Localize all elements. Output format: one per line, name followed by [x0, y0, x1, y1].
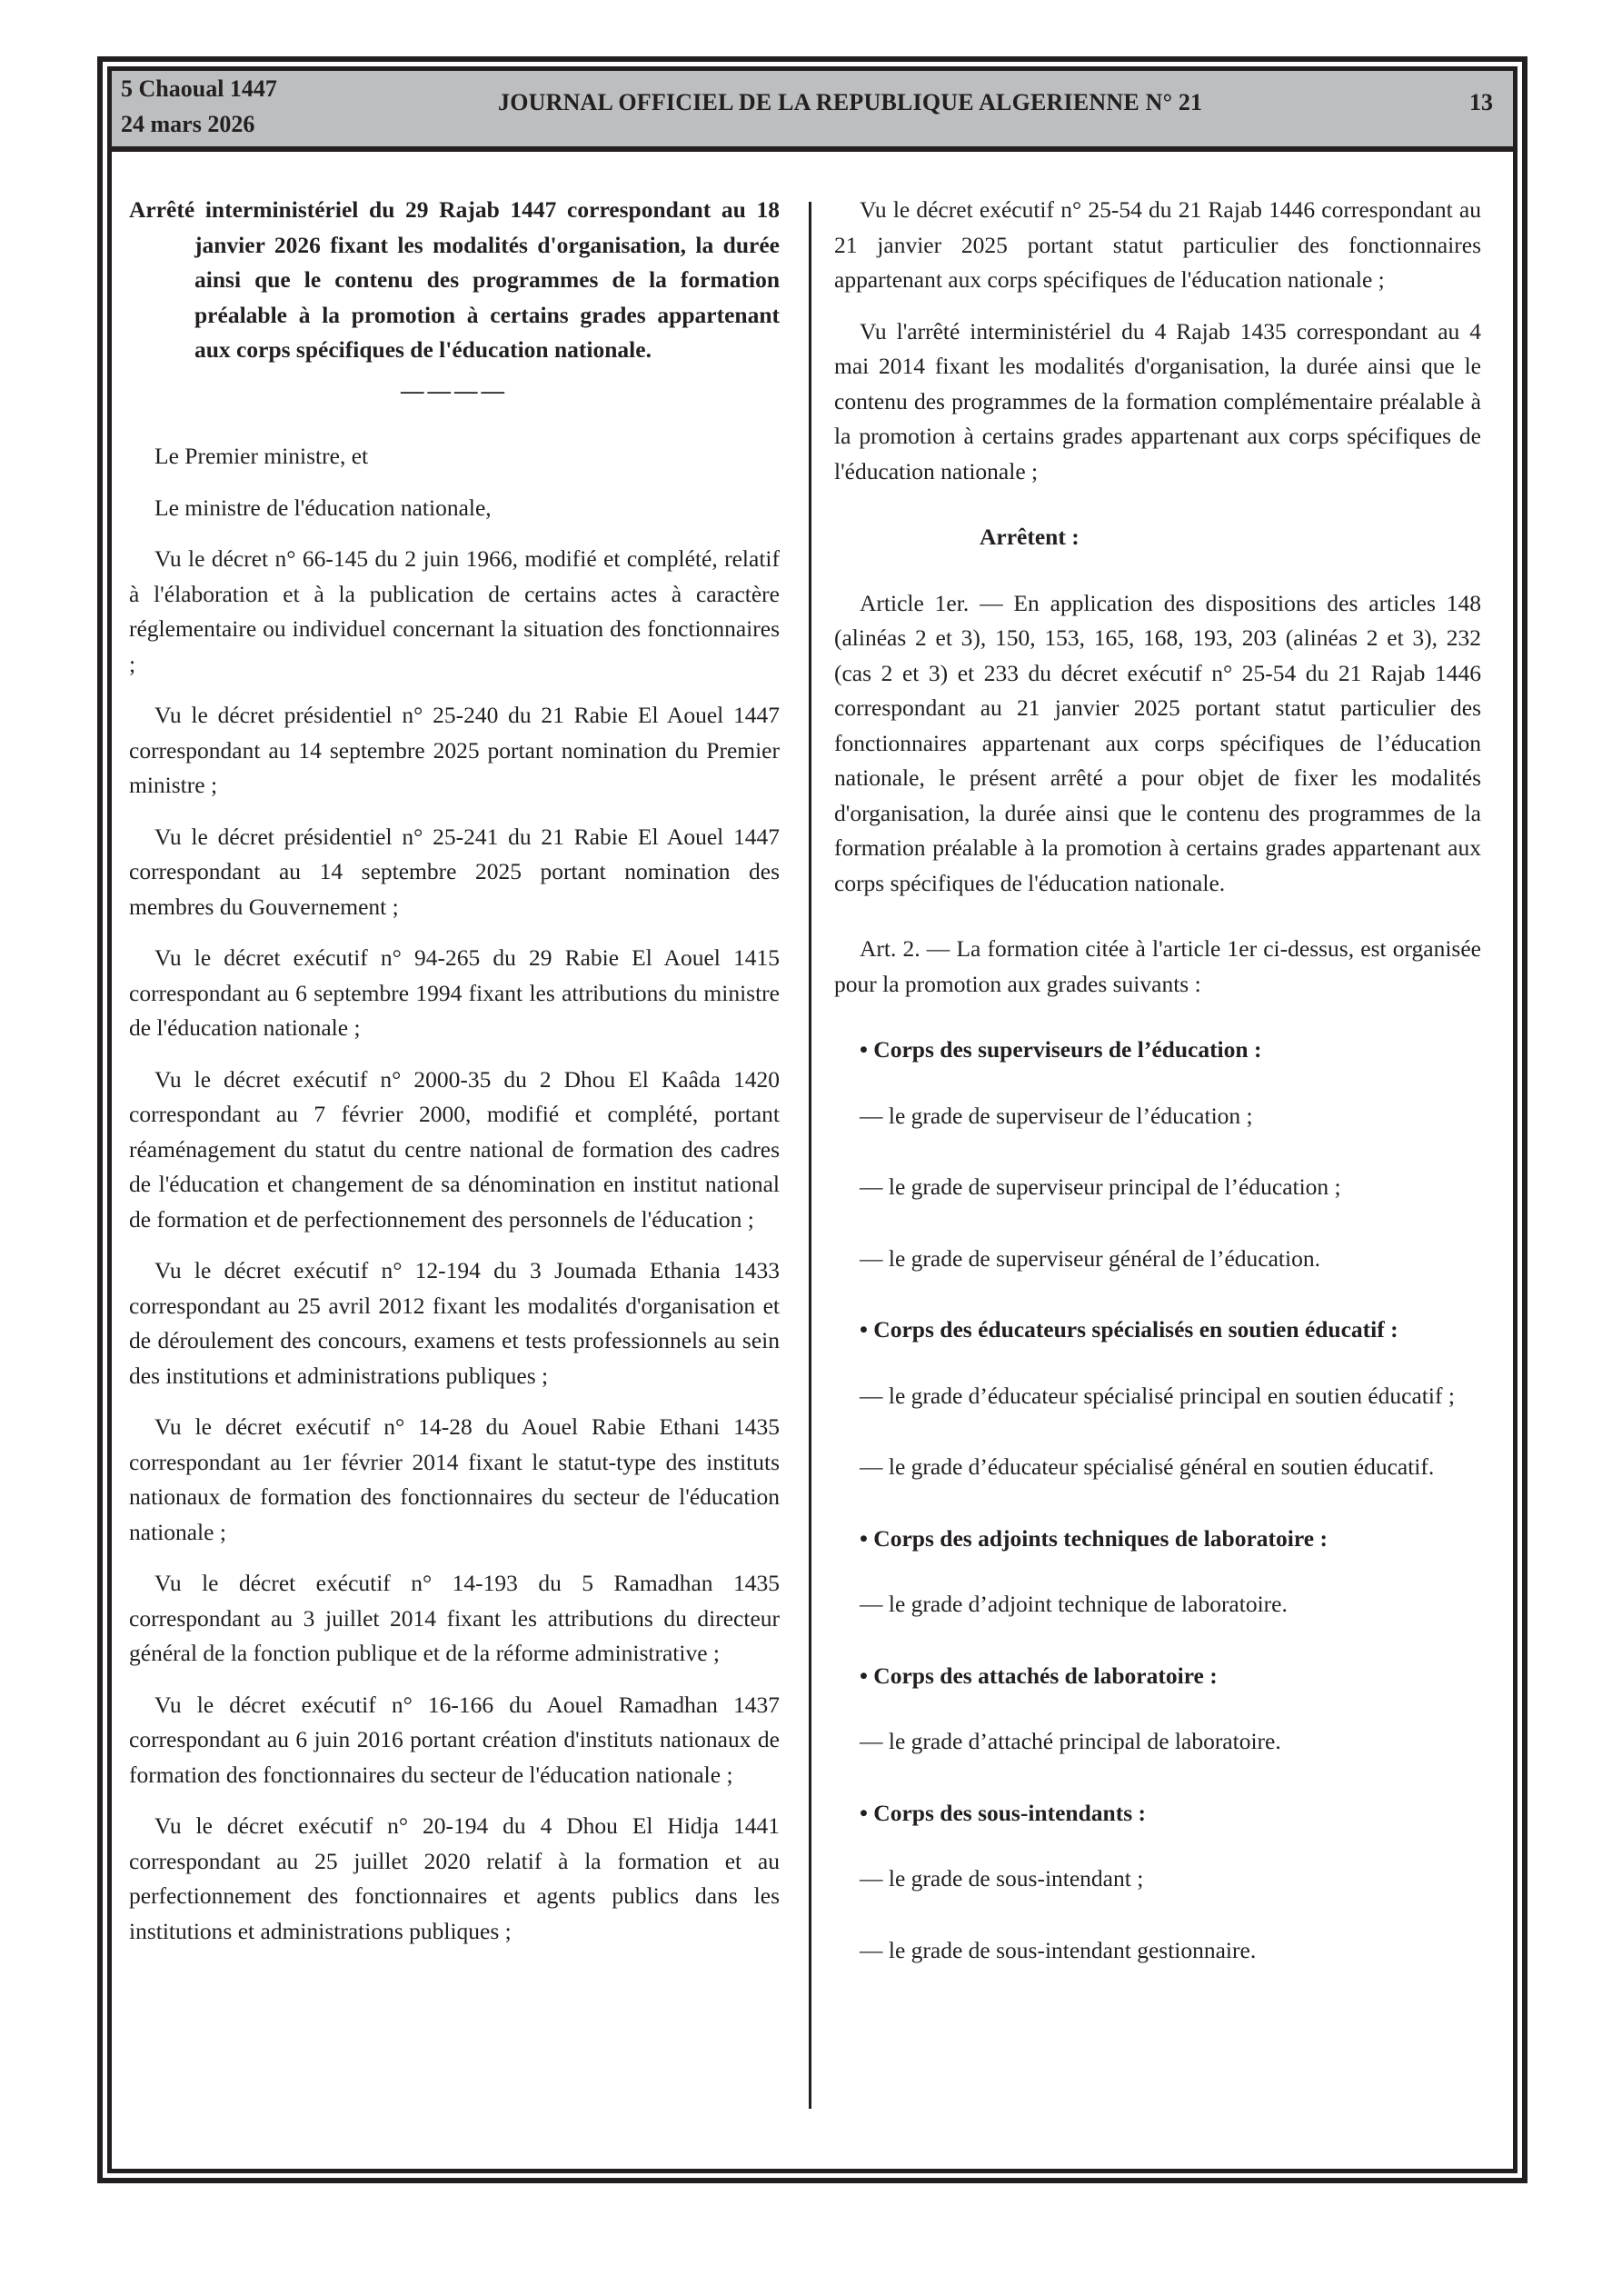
visa-paragraph: Vu le décret exécutif n° 16-166 du Aouel… — [129, 1688, 780, 1793]
grade-item: — le grade de superviseur principal de l… — [834, 1170, 1481, 1205]
corps-heading-attaches: • Corps des attachés de laboratoire : — [834, 1659, 1481, 1694]
visa-paragraph: Vu le décret exécutif n° 94-265 du 29 Ra… — [129, 941, 780, 1046]
grade-item: — le grade de sous-intendant ; — [834, 1862, 1481, 1897]
grade-item: — le grade de sous-intendant gestionnair… — [834, 1933, 1481, 1969]
hijri-date: 5 Chaoual 1447 — [121, 71, 277, 106]
visa-paragraph: Vu le décret n° 66-145 du 2 juin 1966, m… — [129, 542, 780, 682]
visa-paragraph: Vu le décret exécutif n° 25-54 du 21 Raj… — [834, 193, 1481, 298]
arretent-heading: Arrêtent : — [834, 520, 1481, 555]
article-2: Art. 2. — La formation citée à l'article… — [834, 932, 1481, 1002]
act-title: Arrêté interministériel du 29 Rajab 1447… — [129, 193, 780, 368]
corps-heading-educateurs: • Corps des éducateurs spécialisés en so… — [834, 1313, 1481, 1348]
visa-paragraph: Vu le décret présidentiel n° 25-241 du 2… — [129, 820, 780, 925]
corps-heading-sous-intendants: • Corps des sous-intendants : — [834, 1796, 1481, 1832]
visa-paragraph: Vu le décret exécutif n° 2000-35 du 2 Dh… — [129, 1063, 780, 1238]
visa-paragraph: Vu l'arrêté interministériel du 4 Rajab … — [834, 314, 1481, 490]
title-separator: ———— — [129, 374, 780, 409]
right-column: Vu le décret exécutif n° 25-54 du 21 Raj… — [834, 193, 1481, 2004]
grade-item: — le grade d’éducateur spécialisé princi… — [834, 1379, 1481, 1414]
visa-paragraph: Le Premier ministre, et — [129, 439, 780, 474]
visa-paragraph: Le ministre de l'éducation nationale, — [129, 491, 780, 526]
grade-item: — le grade d’éducateur spécialisé généra… — [834, 1450, 1481, 1485]
left-column: Arrêté interministériel du 29 Rajab 1447… — [129, 193, 780, 1965]
grade-item: — le grade d’attaché principal de labora… — [834, 1724, 1481, 1760]
corps-heading-adjoints-techniques: • Corps des adjoints techniques de labor… — [834, 1522, 1481, 1557]
visa-paragraph: Vu le décret exécutif n° 12-194 du 3 Jou… — [129, 1253, 780, 1393]
column-divider — [809, 202, 811, 2109]
visa-paragraph: Vu le décret exécutif n° 20-194 du 4 Dho… — [129, 1809, 780, 1949]
grade-item: — le grade de superviseur général de l’é… — [834, 1242, 1481, 1277]
header-dates: 5 Chaoual 1447 24 mars 2026 — [121, 71, 277, 142]
journal-header: 5 Chaoual 1447 24 mars 2026 JOURNAL OFFI… — [112, 71, 1513, 152]
grade-item: — le grade de superviseur de l’éducation… — [834, 1099, 1481, 1134]
grade-item: — le grade d’adjoint technique de labora… — [834, 1587, 1481, 1622]
visa-paragraph: Vu le décret exécutif n° 14-28 du Aouel … — [129, 1410, 780, 1550]
journal-title: JOURNAL OFFICIEL DE LA REPUBLIQUE ALGERI… — [498, 89, 1202, 116]
page-number: 13 — [1469, 89, 1493, 116]
corps-heading-superviseurs: • Corps des superviseurs de l’éducation … — [834, 1033, 1481, 1068]
visa-paragraph: Vu le décret exécutif n° 14-193 du 5 Ram… — [129, 1566, 780, 1672]
gregorian-date: 24 mars 2026 — [121, 106, 277, 142]
visa-paragraph: Vu le décret présidentiel n° 25-240 du 2… — [129, 698, 780, 804]
article-1: Article 1er. — En application des dispos… — [834, 586, 1481, 902]
